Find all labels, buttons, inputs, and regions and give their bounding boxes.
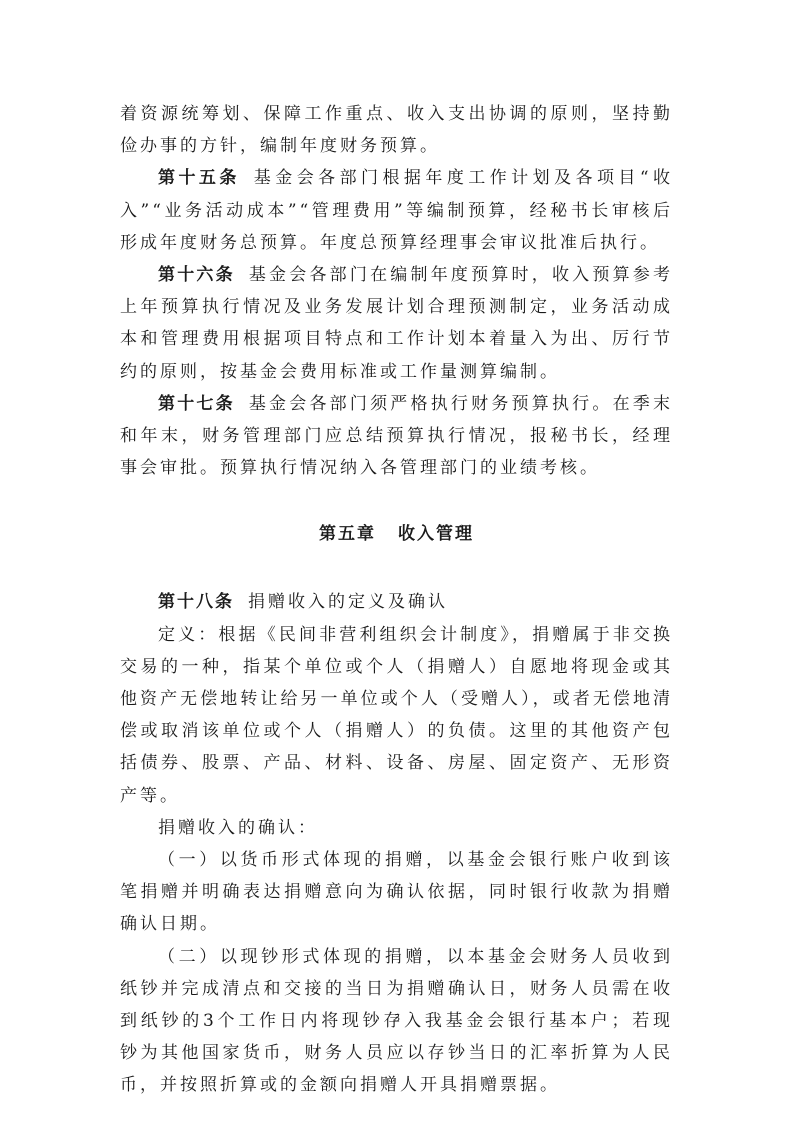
article-15: 第十五条基金会各部门根据年度工作计划及各项目“收入”“业务活动成本”“管理费用”…	[120, 162, 673, 259]
recognition-heading: 捐赠收入的确认：	[120, 812, 673, 844]
chapter-heading: 第五章收入管理	[120, 518, 673, 550]
document-page: 着资源统筹划、保障工作重点、收入支出协调的原则，坚持勤俭办事的方针，编制年度财务…	[120, 98, 673, 1102]
article-17: 第十七条基金会各部门须严格执行财务预算执行。在季末和年末，财务管理部门应总结预算…	[120, 388, 673, 485]
recognition-item-1: （一）以货币形式体现的捐赠，以基金会银行账户收到该笔捐赠并明确表达捐赠意向为确认…	[120, 844, 673, 941]
definition-paragraph: 定义：根据《民间非营利组织会计制度》，捐赠属于非交换交易的一种，指某个单位或个人…	[120, 619, 673, 812]
article-label: 第十五条	[158, 168, 240, 188]
article-label: 第十七条	[158, 394, 235, 414]
article-label: 第十六条	[158, 265, 235, 285]
paragraph: 着资源统筹划、保障工作重点、收入支出协调的原则，坚持勤俭办事的方针，编制年度财务…	[120, 98, 673, 162]
article-16: 第十六条基金会各部门在编制年度预算时，收入预算参考上年预算执行情况及业务发展计划…	[120, 259, 673, 388]
chapter-title: 收入管理	[398, 524, 474, 544]
chapter-number: 第五章	[319, 524, 376, 544]
article-label: 第十八条	[158, 592, 234, 612]
paragraph-text: （一）以货币形式体现的捐赠，以基金会银行账户收到该笔捐赠并明确表达捐赠意向为确认…	[120, 850, 673, 934]
page-number: 3	[0, 1012, 794, 1024]
paragraph-text: 定义：根据《民间非营利组织会计制度》，捐赠属于非交换交易的一种，指某个单位或个人…	[120, 625, 673, 806]
article-18: 第十八条捐赠收入的定义及确认	[120, 586, 673, 618]
paragraph-text: 捐赠收入的定义及确认	[248, 592, 448, 612]
paragraph-text: 捐赠收入的确认：	[158, 818, 318, 838]
paragraph-text: 着资源统筹划、保障工作重点、收入支出协调的原则，坚持勤俭办事的方针，编制年度财务…	[120, 104, 673, 156]
